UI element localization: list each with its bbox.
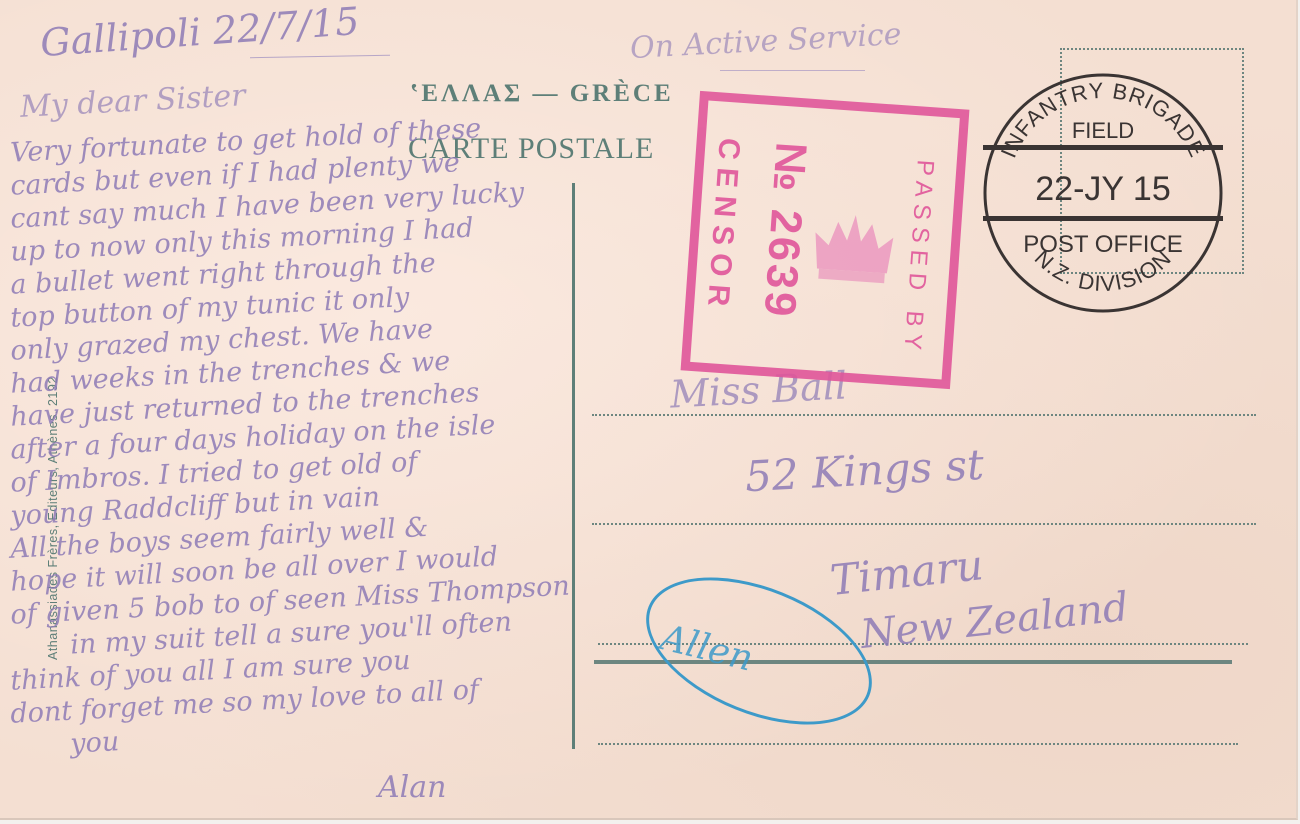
- postmark-date: 22-JY 15: [1035, 170, 1170, 208]
- address-line-2: [592, 523, 1256, 525]
- on-active-service: On Active Service: [629, 17, 902, 66]
- censor-label: CENSOR: [700, 137, 746, 315]
- crown-icon: [806, 198, 902, 294]
- message-body: Very fortunate to get hold of thesecards…: [10, 122, 575, 749]
- postmark-field: FIELD: [1072, 118, 1134, 143]
- signature: Alan: [378, 770, 446, 805]
- address-city: Timaru: [828, 540, 986, 605]
- service-underline: [720, 70, 865, 71]
- address-line-4: [598, 743, 1238, 745]
- postmark: INFANTRY BRIGADE FIELD 22-JY 15 POST OFF…: [978, 68, 1228, 318]
- censor-number: № 2639: [753, 141, 815, 321]
- censor-stamp: PASSED BY № 2639 CENSOR: [681, 91, 970, 389]
- greeting: My dear Sister: [19, 78, 246, 125]
- address-street: 52 Kings st: [744, 440, 985, 501]
- date-underline: [250, 55, 390, 58]
- censor-passed-by: PASSED BY: [897, 159, 939, 358]
- postcard-back: ʽΕΛΛΑΣ — GRÈCE CARTE POSTALE Athanassiad…: [0, 0, 1298, 820]
- header-greek: ʽΕΛΛΑΣ — GRÈCE: [410, 80, 674, 108]
